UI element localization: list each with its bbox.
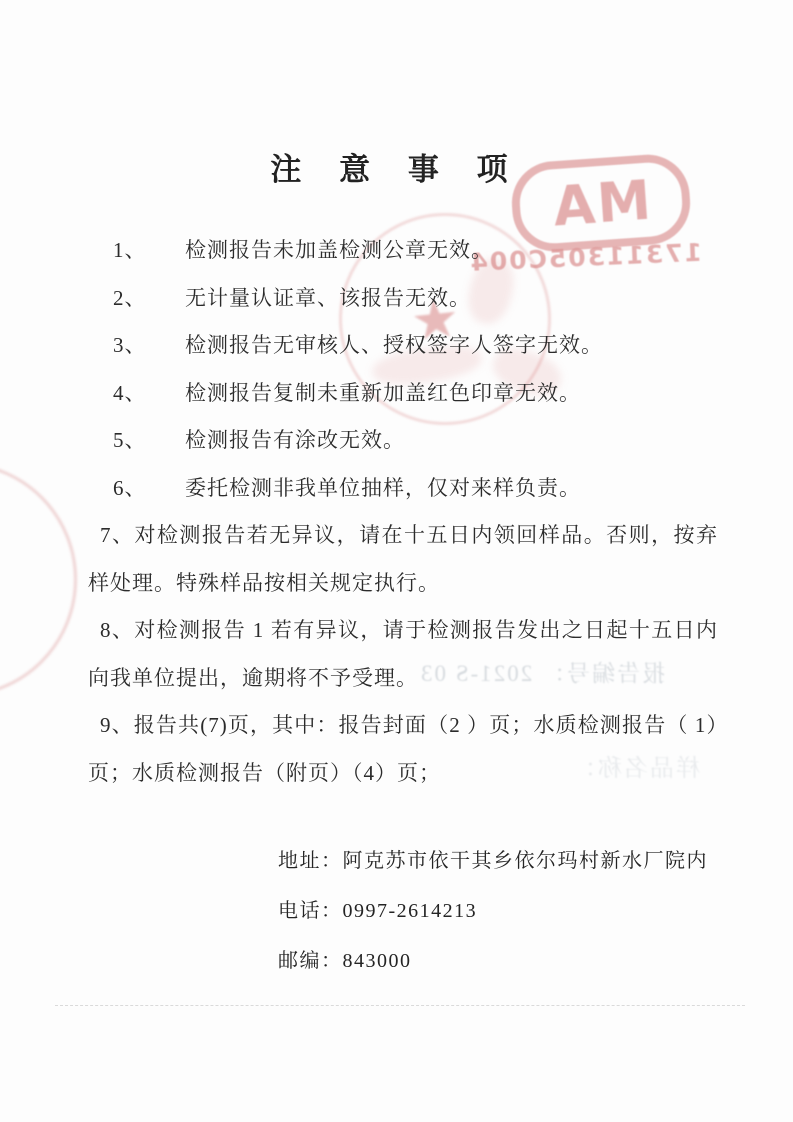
left-edge-seal-arc bbox=[0, 462, 77, 697]
item-number: 3、 bbox=[113, 322, 185, 370]
notice-item-1: 1、检测报告未加盖检测公章无效。 bbox=[88, 227, 718, 275]
page-title: 注 意 事 项 bbox=[0, 144, 793, 189]
notice-item-4: 4、检测报告复制未重新加盖红色印章无效。 bbox=[88, 370, 718, 418]
item-number: 9、 bbox=[100, 713, 134, 737]
notice-item-9: 9、报告共(7)页，其中：报告封面（2 ）页；水质检测报告（ 1）页；水质检测报… bbox=[88, 702, 718, 797]
phone-line: 电话：0997-2614213 bbox=[278, 886, 708, 936]
postcode-line: 邮编：843000 bbox=[278, 936, 708, 986]
document-page: MA 17311305C004 ★ 报告编号： 2021-S 03 样品名称： … bbox=[0, 0, 793, 1122]
item-text: 无计量认证章、该报告无效。 bbox=[185, 286, 471, 310]
item-text: 委托检测非我单位抽样，仅对来样负责。 bbox=[185, 476, 581, 500]
item-number: 7、 bbox=[100, 523, 134, 547]
item-text: 检测报告无审核人、授权签字人签字无效。 bbox=[185, 333, 603, 357]
item-number: 6、 bbox=[113, 465, 185, 513]
notice-item-7: 7、对检测报告若无异议，请在十五日内领回样品。否则，按弃样处理。特殊样品按相关规… bbox=[88, 512, 718, 607]
item-text: 对检测报告若无异议，请在十五日内领回样品。否则，按弃样处理。特殊样品按相关规定执… bbox=[88, 523, 718, 595]
notice-item-8: 8、对检测报告 1 若有异议，请于检测报告发出之日起十五日内向我单位提出，逾期将… bbox=[88, 607, 718, 702]
notice-item-6: 6、委托检测非我单位抽样，仅对来样负责。 bbox=[88, 465, 718, 513]
item-text: 对检测报告 1 若有异议，请于检测报告发出之日起十五日内向我单位提出，逾期将不予… bbox=[88, 618, 718, 690]
notice-item-2: 2、无计量认证章、该报告无效。 bbox=[88, 275, 718, 323]
item-text: 检测报告未加盖检测公章无效。 bbox=[185, 238, 493, 262]
item-text: 报告共(7)页，其中：报告封面（2 ）页；水质检测报告（ 1）页；水质检测报告（… bbox=[88, 713, 718, 785]
item-number: 8、 bbox=[100, 618, 134, 642]
item-number: 4、 bbox=[113, 370, 185, 418]
scan-artifact-line bbox=[55, 1005, 745, 1006]
item-text: 检测报告有涂改无效。 bbox=[185, 428, 405, 452]
item-number: 2、 bbox=[113, 275, 185, 323]
item-number: 5、 bbox=[113, 417, 185, 465]
notice-item-3: 3、检测报告无审核人、授权签字人签字无效。 bbox=[88, 322, 718, 370]
notice-item-5: 5、检测报告有涂改无效。 bbox=[88, 417, 718, 465]
notice-list: 1、检测报告未加盖检测公章无效。 2、无计量认证章、该报告无效。 3、检测报告无… bbox=[88, 227, 718, 797]
contact-block: 地址：阿克苏市依干其乡依尔玛村新水厂院内 电话：0997-2614213 邮编：… bbox=[278, 836, 708, 986]
address-line: 地址：阿克苏市依干其乡依尔玛村新水厂院内 bbox=[278, 836, 708, 886]
item-text: 检测报告复制未重新加盖红色印章无效。 bbox=[185, 381, 581, 405]
item-number: 1、 bbox=[113, 227, 185, 275]
